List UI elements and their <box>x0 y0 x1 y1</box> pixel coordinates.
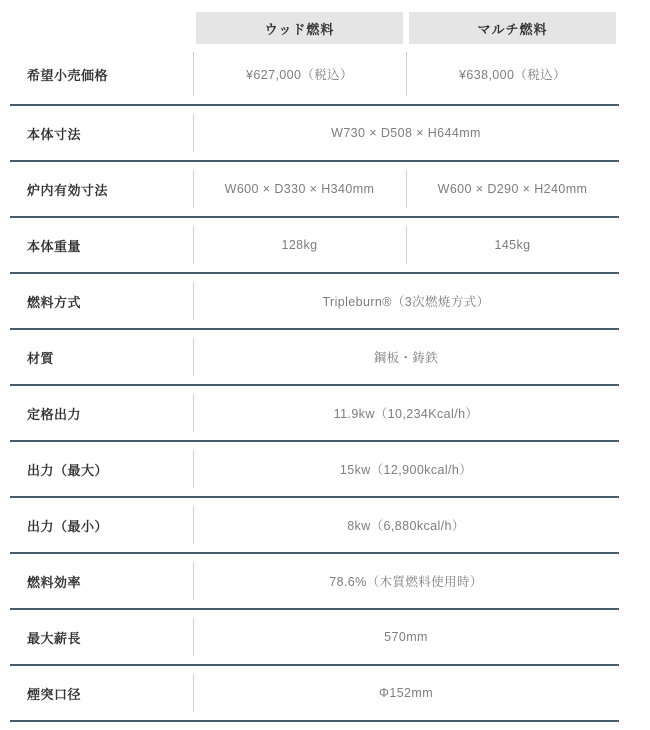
row-value-both-fuels: 570mm <box>193 610 619 664</box>
row-value-wood-fuel: 128kg <box>193 218 406 272</box>
table-row: 出力（最大） 15kw（12,900kcal/h） <box>10 442 619 498</box>
column-header-multi-fuel: マルチ燃料 <box>409 12 616 44</box>
table-row: 最大薪長 570mm <box>10 610 619 666</box>
row-label: 燃料方式 <box>10 274 193 328</box>
row-label: 炉内有効寸法 <box>10 162 193 216</box>
row-label: 燃料効率 <box>10 554 193 608</box>
table-row: 本体重量 128kg 145kg <box>10 218 619 274</box>
row-value-both-fuels: 15kw（12,900kcal/h） <box>193 442 619 496</box>
row-value-both-fuels: Tripleburn®（3次燃焼方式） <box>193 274 619 328</box>
table-row: 燃料方式 Tripleburn®（3次燃焼方式） <box>10 274 619 330</box>
row-value-both-fuels: Φ152mm <box>193 666 619 720</box>
table-row: 燃料効率 78.6%（木質燃料使用時） <box>10 554 619 610</box>
table-row: 炉内有効寸法 W600 × D330 × H340mm W600 × D290 … <box>10 162 619 218</box>
row-label: 煙突口径 <box>10 666 193 720</box>
column-header-wood-fuel: ウッド燃料 <box>196 12 403 44</box>
table-row: 材質 鋼板・鋳鉄 <box>10 330 619 386</box>
spec-table-header: ウッド燃料 マルチ燃料 <box>10 12 619 44</box>
row-value-both-fuels: 8kw（6,880kcal/h） <box>193 498 619 552</box>
row-label: 材質 <box>10 330 193 384</box>
table-row: 本体寸法 W730 × D508 × H644mm <box>10 106 619 162</box>
row-value-both-fuels: 78.6%（木質燃料使用時） <box>193 554 619 608</box>
row-label: 出力（最小） <box>10 498 193 552</box>
row-value-multi-fuel: ¥638,000（税込） <box>406 44 619 104</box>
table-row: 出力（最小） 8kw（6,880kcal/h） <box>10 498 619 554</box>
table-row: 煙突口径 Φ152mm <box>10 666 619 722</box>
row-label: 希望小売価格 <box>10 44 193 104</box>
row-label: 本体寸法 <box>10 106 193 160</box>
row-label: 本体重量 <box>10 218 193 272</box>
row-value-both-fuels: W730 × D508 × H644mm <box>193 106 619 160</box>
row-value-multi-fuel: 145kg <box>406 218 619 272</box>
row-value-both-fuels: 11.9kw（10,234Kcal/h） <box>193 386 619 440</box>
row-value-multi-fuel: W600 × D290 × H240mm <box>406 162 619 216</box>
table-row: 定格出力 11.9kw（10,234Kcal/h） <box>10 386 619 442</box>
row-value-both-fuels: 鋼板・鋳鉄 <box>193 330 619 384</box>
row-label: 出力（最大） <box>10 442 193 496</box>
spec-table: ウッド燃料 マルチ燃料 希望小売価格 ¥627,000（税込） ¥638,000… <box>10 12 619 722</box>
spec-rows: 希望小売価格 ¥627,000（税込） ¥638,000（税込） 本体寸法 W7… <box>10 44 619 722</box>
row-value-wood-fuel: ¥627,000（税込） <box>193 44 406 104</box>
row-value-wood-fuel: W600 × D330 × H340mm <box>193 162 406 216</box>
row-label: 最大薪長 <box>10 610 193 664</box>
row-label: 定格出力 <box>10 386 193 440</box>
table-row: 希望小売価格 ¥627,000（税込） ¥638,000（税込） <box>10 44 619 106</box>
